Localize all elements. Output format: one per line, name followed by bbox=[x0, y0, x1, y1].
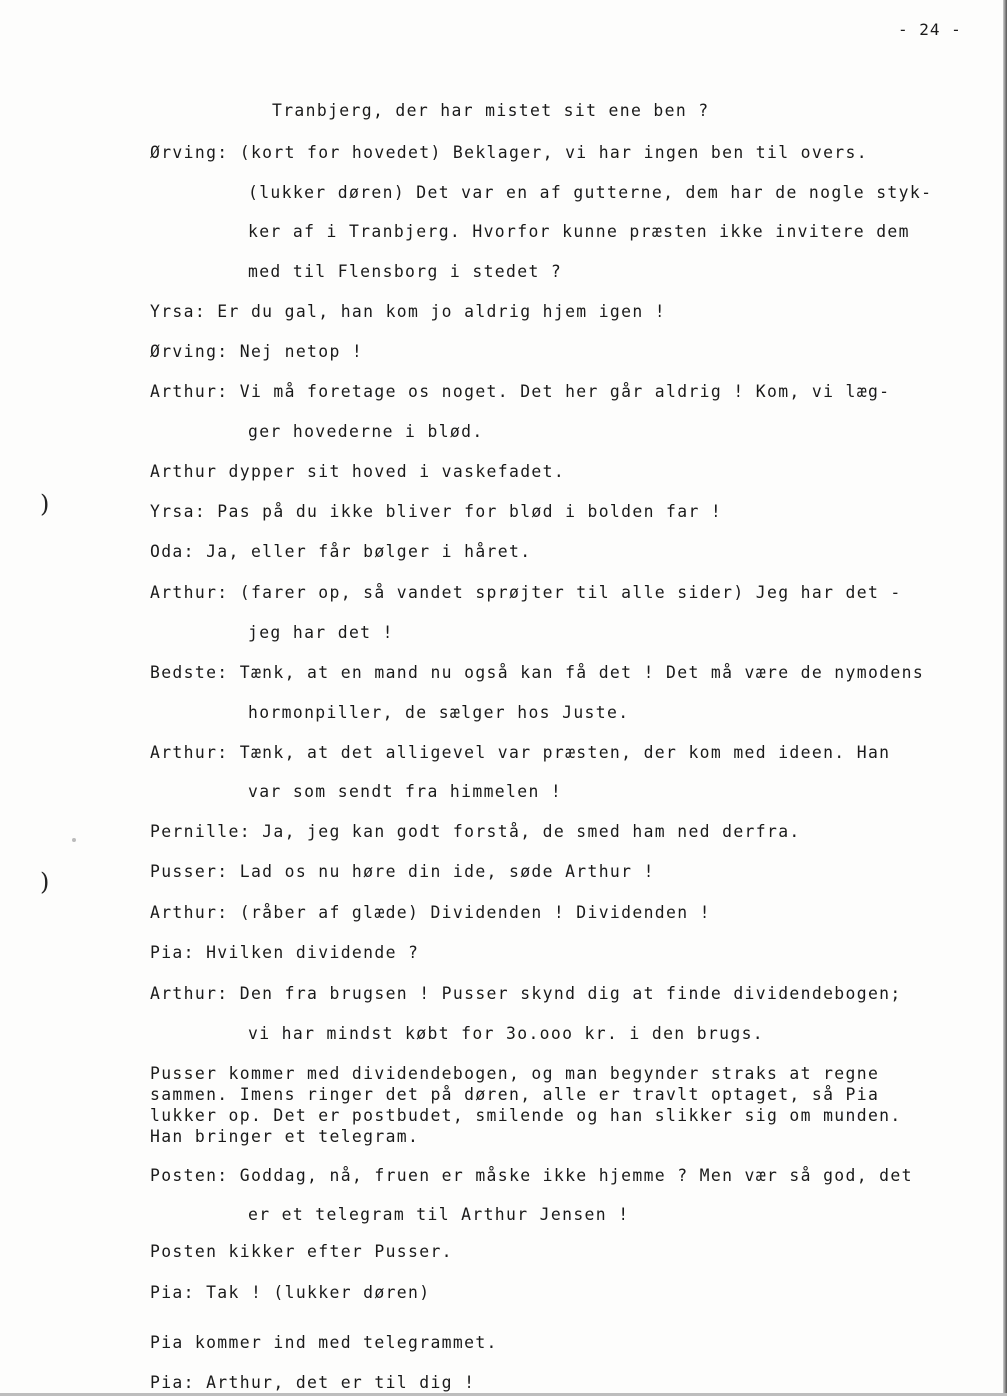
script-line: Pia: Arthur, det er til dig ! bbox=[150, 1373, 475, 1393]
script-line: ker af i Tranbjerg. Hvorfor kunne præste… bbox=[248, 222, 910, 242]
speck bbox=[72, 838, 76, 842]
script-line: Arthur: Vi må foretage os noget. Det her… bbox=[150, 382, 890, 402]
script-line: Pia: Tak ! (lukker døren) bbox=[150, 1283, 430, 1303]
script-line: Arthur: (råber af glæde) Dividenden ! Di… bbox=[150, 903, 711, 923]
document-page: - 24 - Tranbjerg, der har mistet sit ene… bbox=[0, 0, 1007, 1396]
script-line: er et telegram til Arthur Jensen ! bbox=[248, 1205, 629, 1225]
script-line: Arthur: Den fra brugsen ! Pusser skynd d… bbox=[150, 984, 902, 1004]
script-line: ger hovederne i blød. bbox=[248, 422, 484, 442]
script-line: Pernille: Ja, jeg kan godt forstå, de sm… bbox=[150, 822, 801, 842]
margin-bracket-mark: ) bbox=[40, 490, 49, 518]
script-line: Arthur: Tænk, at det alligevel var præst… bbox=[150, 743, 890, 763]
script-line: Ørving: (kort for hovedet) Beklager, vi … bbox=[150, 143, 868, 163]
page-number: - 24 - bbox=[898, 20, 962, 39]
script-line: Posten: Goddag, nå, fruen er måske ikke … bbox=[150, 1166, 913, 1186]
script-line: Ørving: Nej netop ! bbox=[150, 342, 363, 362]
script-line: Arthur: (farer op, så vandet sprøjter ti… bbox=[150, 583, 902, 603]
margin-bracket-mark: ) bbox=[40, 868, 49, 896]
script-line: Yrsa: Er du gal, han kom jo aldrig hjem … bbox=[150, 302, 666, 322]
script-line: Pia kommer ind med telegrammet. bbox=[150, 1333, 498, 1353]
script-line: hormonpiller, de sælger hos Juste. bbox=[248, 703, 629, 723]
script-line: Oda: Ja, eller får bølger i håret. bbox=[150, 542, 531, 562]
script-line: med til Flensborg i stedet ? bbox=[248, 262, 562, 282]
script-line: jeg har det ! bbox=[248, 623, 394, 643]
script-line: Bedste: Tænk, at en mand nu også kan få … bbox=[150, 663, 924, 683]
script-line: Pia: Hvilken dividende ? bbox=[150, 943, 419, 963]
script-line: Tranbjerg, der har mistet sit ene ben ? bbox=[272, 101, 710, 121]
script-line: Pusser: Lad os nu høre din ide, søde Art… bbox=[150, 862, 655, 882]
script-line: Yrsa: Pas på du ikke bliver for blød i b… bbox=[150, 502, 722, 522]
script-line: (lukker døren) Det var en af gutterne, d… bbox=[248, 183, 932, 203]
stage-direction-block: Pusser kommer med dividendebogen, og man… bbox=[150, 1063, 902, 1147]
script-line: var som sendt fra himmelen ! bbox=[248, 782, 562, 802]
page-edge-shadow bbox=[1003, 0, 1007, 1396]
script-line: Arthur dypper sit hoved i vaskefadet. bbox=[150, 462, 565, 482]
script-line: Posten kikker efter Pusser. bbox=[150, 1242, 453, 1262]
script-line: vi har mindst købt for 3o.ooo kr. i den … bbox=[248, 1024, 764, 1044]
